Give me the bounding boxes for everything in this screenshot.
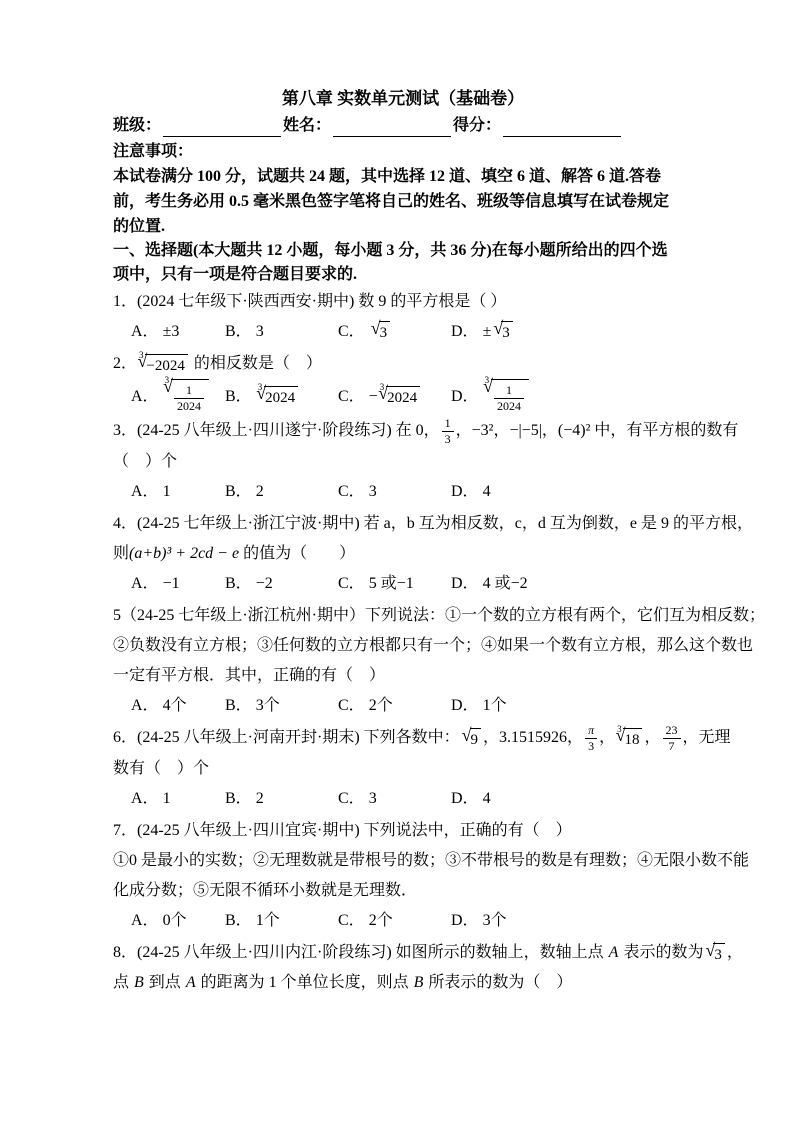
name-blank: [333, 121, 451, 137]
cube-root-radical: 3√2024: [258, 386, 298, 407]
cube-root-radical: 3√−2024: [139, 354, 188, 375]
option-a: A．3√12024: [131, 379, 225, 414]
denominator: 7: [663, 739, 681, 754]
option-b-value: 2: [256, 477, 264, 507]
question-4-stem-line-2: 则(a+b)³ + 2cd − e 的值为（ ）: [113, 539, 693, 569]
class-blank: [163, 121, 281, 137]
option-a-label: A．: [131, 477, 159, 507]
question-8-text-mid: 表示的数为: [619, 944, 703, 961]
point-b-variable: B: [134, 974, 144, 991]
option-c-value: 2个: [369, 691, 393, 721]
point-a-variable: A: [186, 974, 196, 991]
question-8-text-post: ，: [727, 944, 743, 961]
option-c: C．5 或−1: [338, 569, 451, 599]
radicand: 12024: [491, 379, 529, 414]
option-a: A．1: [131, 784, 225, 814]
question-3: 3．(24-25 八年级上·四川遂宁·阶段练习) 在 0，13，−3²，−|−5…: [113, 416, 693, 507]
question-6-text-pre: 6．(24-25 八年级上·河南开封·期末) 下列各数中：: [113, 729, 460, 746]
option-b: B．2: [225, 784, 338, 814]
question-4-text-post: 的值为（ ）: [239, 545, 355, 562]
radical-sign-icon: √: [705, 941, 715, 959]
option-b: B．2: [225, 477, 338, 507]
test-paper-page: 第八章 实数单元测试（基础卷） 班级： 姓名： 得分： 注意事项： 本试卷满分 …: [0, 0, 793, 1122]
question-2-number: 2．: [113, 355, 137, 372]
question-3-stem: 3．(24-25 八年级上·四川遂宁·阶段练习) 在 0，13，−3²，−|−5…: [113, 416, 693, 447]
option-b-value: 1个: [256, 906, 280, 936]
option-c-value: 5 或−1: [369, 569, 414, 599]
question-7-stem-line-2: ①0 是最小的实数；②无理数就是带根号的数；③不带根号的数是有理数；④无限小数不…: [113, 846, 693, 876]
numerator: π: [585, 723, 597, 739]
option-d-value: 3个: [483, 906, 507, 936]
option-b: B．3个: [225, 691, 338, 721]
question-1: 1．(2024 七年级下·陕西西安·期中) 数 9 的平方根是（ ） A．±3 …: [113, 287, 693, 347]
option-d: D．±√3: [451, 317, 515, 347]
option-b-value: 2: [256, 784, 264, 814]
option-a-value: −1: [163, 569, 180, 599]
denominator: 2024: [494, 399, 524, 414]
option-c-label: C．: [338, 784, 365, 814]
question-1-stem: 1．(2024 七年级下·陕西西安·期中) 数 9 的平方根是（ ）: [113, 287, 693, 317]
option-a-value: 1: [163, 784, 171, 814]
question-5-stem-line-3: 一定有平方根．其中，正确的有（ ）: [113, 661, 693, 691]
option-c: C．−3√2024: [338, 382, 451, 412]
question-8-stem-line-1: 8．(24-25 八年级上·四川内江·阶段练习) 如图所示的数轴上，数轴上点 A…: [113, 938, 693, 968]
option-c-value: 3: [369, 477, 377, 507]
question-5-options: A．4个 B．3个 C．2个 D．1个: [113, 691, 693, 721]
score-label: 得分：: [453, 114, 501, 137]
fraction: 12024: [174, 383, 204, 414]
option-b-label: B．: [225, 784, 252, 814]
option-d-value: 4: [483, 784, 491, 814]
option-c: C．2个: [338, 906, 451, 936]
question-3-text-pre: 3．(24-25 八年级上·四川遂宁·阶段练习) 在 0，: [113, 422, 440, 439]
option-d-label: D．: [451, 691, 479, 721]
option-d-label: D．: [451, 569, 479, 599]
question-6-stem: 6．(24-25 八年级上·河南开封·期末) 下列各数中：√9，3.151592…: [113, 723, 693, 754]
option-a: A．4个: [131, 691, 225, 721]
option-a-value: 0个: [163, 906, 187, 936]
option-d-label: D．: [451, 784, 479, 814]
option-b-value: 3: [256, 317, 264, 347]
option-d-label: D．: [451, 382, 479, 412]
option-a-value: ±3: [163, 317, 180, 347]
option-d-prefix: ±: [483, 317, 492, 347]
option-d-value: 1个: [483, 691, 507, 721]
option-a-value: 1: [163, 477, 171, 507]
question-3-options: A．1 B．2 C．3 D．4: [113, 477, 693, 507]
option-c-prefix: −: [369, 382, 378, 412]
question-6-options: A．1 B．2 C．3 D．4: [113, 784, 693, 814]
option-a-value: 4个: [163, 691, 187, 721]
question-8-l2-pre: 点: [113, 974, 133, 991]
numerator: 1: [494, 383, 524, 399]
question-3-text-post: ，−3²，−|−5|，(−4)² 中，有平方根的数有: [456, 422, 739, 439]
denominator: 3: [442, 432, 454, 447]
option-b: B．−2: [225, 569, 338, 599]
question-6-seg-1: ，3.1515926，: [483, 729, 583, 746]
root-index: 3: [139, 351, 144, 360]
option-c-label: C．: [338, 382, 365, 412]
root-index: 3: [617, 725, 622, 734]
option-c-label: C．: [338, 691, 365, 721]
option-a-label: A．: [131, 691, 159, 721]
sqrt-radical: √3: [493, 321, 512, 342]
question-7: 7．(24-25 八年级上·四川宜宾·期中) 下列说法中，正确的有（ ） ①0 …: [113, 816, 693, 936]
page-title: 第八章 实数单元测试（基础卷）: [113, 88, 693, 110]
score-blank: [503, 121, 621, 137]
header-fields-row: 班级： 姓名： 得分：: [113, 114, 693, 137]
question-4: 4．(24-25 七年级上·浙江宁波·期中) 若 a，b 互为相反数，c，d 互…: [113, 509, 693, 599]
option-c-label: C．: [338, 317, 365, 347]
radicand: 2024: [386, 386, 420, 407]
option-b-label: B．: [225, 691, 252, 721]
option-a-label: A．: [131, 382, 159, 412]
option-b-label: B．: [225, 569, 252, 599]
option-a: A．1: [131, 477, 225, 507]
option-c-value: 3: [369, 784, 377, 814]
question-1-options: A．±3 B．3 C．√3 D．±√3: [113, 317, 693, 347]
question-4-text-pre: 则: [113, 545, 129, 562]
class-label: 班级：: [113, 114, 161, 137]
question-4-formula: (a+b)³ + 2cd − e: [129, 545, 239, 562]
option-a: A．−1: [131, 569, 225, 599]
option-d: D．3√12024: [451, 379, 531, 414]
option-d: D．3个: [451, 906, 507, 936]
option-b-label: B．: [225, 477, 252, 507]
option-c: C．3: [338, 477, 451, 507]
root-index: 3: [165, 376, 170, 385]
denominator: 2024: [174, 399, 204, 414]
question-8-l2-m1: 到点: [145, 974, 185, 991]
root-index: 3: [485, 376, 490, 385]
sqrt-radical: √3: [371, 321, 390, 342]
question-8-stem-line-2: 点 B 到点 A 的距离为 1 个单位长度，则点 B 所表示的数为（ ）: [113, 968, 693, 998]
fraction: 13: [442, 416, 454, 447]
radicand: 18: [623, 728, 642, 749]
question-8-l2-post: 所表示的数为（ ）: [424, 974, 572, 991]
cube-root-radical: 3√12024: [165, 379, 209, 414]
option-a-label: A．: [131, 569, 159, 599]
radicand: −2024: [145, 354, 187, 375]
question-7-options: A．0个 B．1个 C．2个 D．3个: [113, 906, 693, 936]
cube-root-radical: 3√18: [617, 728, 642, 749]
numerator: 23: [663, 723, 681, 739]
denominator: 3: [585, 739, 597, 754]
question-2: 2．3√−2024 的相反数是（ ） A．3√12024 B．3√2024 C．…: [113, 349, 693, 414]
question-8-text-pre: 8．(24-25 八年级上·四川内江·阶段练习) 如图所示的数轴上，数轴上点: [113, 944, 608, 961]
question-8-l2-m2: 的距离为 1 个单位长度，则点: [197, 974, 413, 991]
option-c-label: C．: [338, 569, 365, 599]
option-b-label: B．: [225, 317, 252, 347]
notice-line-1: 本试卷满分 100 分，试题共 24 题，其中选择 12 道、填空 6 道、解答…: [113, 164, 693, 189]
option-d-label: D．: [451, 317, 479, 347]
radical-sign-icon: √: [493, 319, 503, 337]
option-d: D．1个: [451, 691, 507, 721]
root-index: 3: [380, 383, 385, 392]
option-c-label: C．: [338, 906, 365, 936]
question-6-seg-3: ，: [644, 729, 660, 746]
option-d-label: D．: [451, 906, 479, 936]
fraction: 12024: [494, 383, 524, 414]
option-a-label: A．: [131, 784, 159, 814]
question-7-stem-line-3: 化成分数；⑤无限不循环小数就是无理数．: [113, 876, 693, 906]
notice-heading: 注意事项：: [113, 139, 693, 164]
fraction: 237: [663, 723, 681, 754]
radical-sign-icon: √: [462, 726, 472, 744]
radicand: 12024: [171, 379, 209, 414]
option-c: C．2个: [338, 691, 451, 721]
question-6-seg-2: ，: [599, 729, 615, 746]
notice-line-2: 前，考生务必用 0.5 毫米黑色签字笔将自己的姓名、班级等信息填写在试卷规定: [113, 189, 693, 214]
radical-sign-icon: √: [371, 319, 381, 337]
option-b-value: −2: [256, 569, 273, 599]
cube-root-radical: 3√12024: [485, 379, 529, 414]
option-d: D．4: [451, 784, 491, 814]
cube-root-radical: 3√2024: [380, 386, 420, 407]
sqrt-radical: √3: [705, 943, 724, 964]
option-d: D．4: [451, 477, 491, 507]
option-c: C．3: [338, 784, 451, 814]
radicand: 2024: [264, 386, 298, 407]
root-index: 3: [258, 383, 263, 392]
question-2-options: A．3√12024 B．3√2024 C．−3√2024 D．3√12024: [113, 379, 693, 414]
numerator: 1: [174, 383, 204, 399]
option-d-value: 4 或−2: [483, 569, 528, 599]
option-d-value: 4: [483, 477, 491, 507]
option-a-label: A．: [131, 906, 159, 936]
numerator: 1: [442, 416, 454, 432]
question-6-line-2: 数有（ ）个: [113, 754, 693, 784]
question-5-stem-line-1: 5（24-25 七年级上·浙江杭州·期中）下列说法：①一个数的立方根有两个，它们…: [113, 601, 693, 631]
option-c-value: 2个: [369, 906, 393, 936]
section-1-heading-line-2: 项中，只有一项是符合题目要求的.: [113, 263, 693, 287]
question-6-seg-4: ，无理: [683, 729, 731, 746]
fraction: π3: [585, 723, 597, 754]
option-a-label: A．: [131, 317, 159, 347]
question-3-line-2: （ ）个: [113, 447, 693, 477]
question-8: 8．(24-25 八年级上·四川内江·阶段练习) 如图所示的数轴上，数轴上点 A…: [113, 938, 693, 998]
question-2-text: 的相反数是（ ）: [190, 355, 322, 372]
section-1-heading-line-1: 一、选择题(本大题共 12 小题，每小题 3 分，共 36 分)在每小题所给出的…: [113, 239, 693, 263]
sqrt-radical: √9: [462, 728, 481, 749]
option-a: A．0个: [131, 906, 225, 936]
question-4-stem-line-1: 4．(24-25 七年级上·浙江宁波·期中) 若 a，b 互为相反数，c，d 互…: [113, 509, 693, 539]
point-a-variable: A: [609, 944, 619, 961]
option-b: B．1个: [225, 906, 338, 936]
option-b: B．3√2024: [225, 382, 338, 412]
option-c-label: C．: [338, 477, 365, 507]
option-b-label: B．: [225, 382, 252, 412]
point-b-variable: B: [414, 974, 424, 991]
option-d-label: D．: [451, 477, 479, 507]
question-6: 6．(24-25 八年级上·河南开封·期末) 下列各数中：√9，3.151592…: [113, 723, 693, 814]
option-b-value: 3个: [256, 691, 280, 721]
notice-line-3: 的位置.: [113, 214, 693, 239]
question-5-stem-line-2: ②负数没有立方根；③任何数的立方根都只有一个；④如果一个数有立方根，那么这个数也: [113, 631, 693, 661]
option-b-label: B．: [225, 906, 252, 936]
option-a: A．±3: [131, 317, 225, 347]
question-5: 5（24-25 七年级上·浙江杭州·期中）下列说法：①一个数的立方根有两个，它们…: [113, 601, 693, 721]
question-4-options: A．−1 B．−2 C．5 或−1 D．4 或−2: [113, 569, 693, 599]
option-d: D．4 或−2: [451, 569, 528, 599]
option-c: C．√3: [338, 317, 451, 347]
question-2-stem: 2．3√−2024 的相反数是（ ）: [113, 349, 693, 379]
option-b: B．3: [225, 317, 338, 347]
name-label: 姓名：: [283, 114, 331, 137]
question-7-stem-line-1: 7．(24-25 八年级上·四川宜宾·期中) 下列说法中，正确的有（ ）: [113, 816, 693, 846]
